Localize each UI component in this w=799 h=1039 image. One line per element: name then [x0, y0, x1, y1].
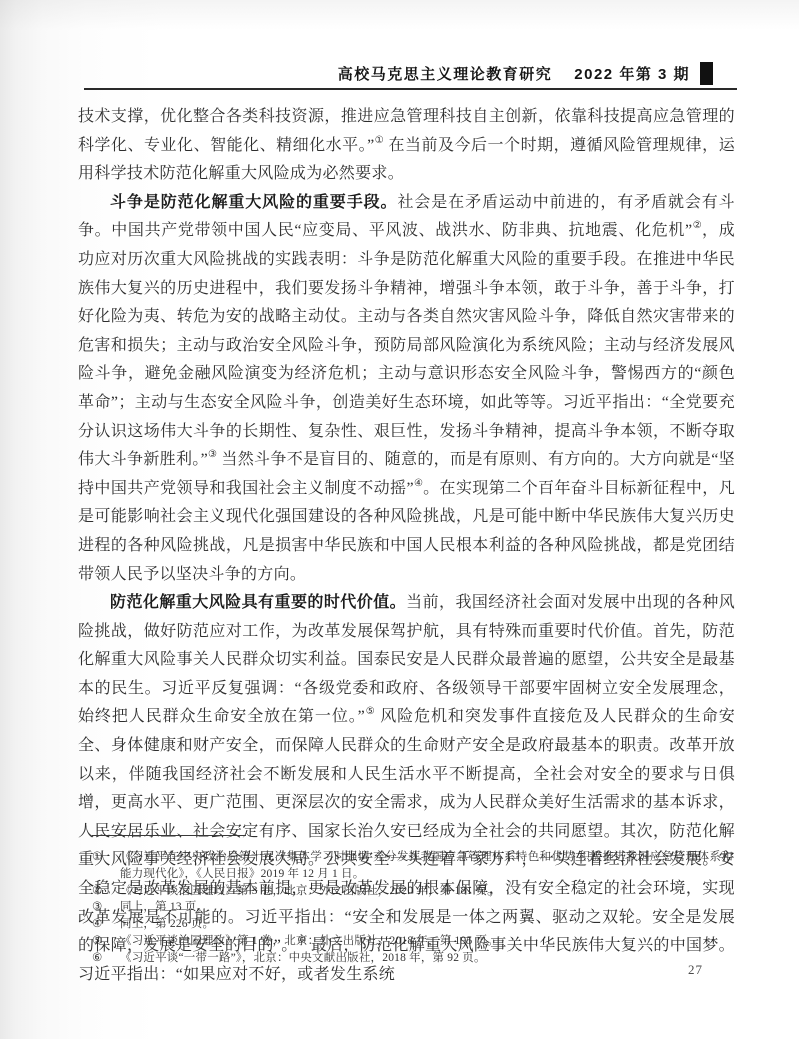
footnote-text: 《习近平谈“一带一路”》，北京：中央文献出版社，2018 年，第 92 页。: [120, 950, 733, 967]
header-block-marker: [700, 62, 713, 85]
footnote-text: 《习近平谈治国理政》第 1 卷，北京：外文出版社，2018 年，第 195 页。: [120, 933, 733, 950]
footnote-item: ①《习近平在中央政治局第十九次集体学习时强调 充分发挥我国应急管理体系特色和优势…: [92, 849, 733, 883]
footnote-item: ⑥《习近平谈“一带一路”》，北京：中央文献出版社，2018 年，第 92 页。: [92, 950, 733, 967]
paragraph-lead: 斗争是防范化解重大风险的重要手段。: [110, 194, 397, 211]
footnote-item: ③同上，第 13 页。: [92, 899, 733, 916]
footnote-marker: ⑥: [92, 950, 120, 967]
footnote-text: 《习近平谈治国理政》第 3 卷，北京：外文出版社，2020 年，第 181 页。: [120, 883, 733, 900]
journal-title: 高校马克思主义理论教育研究: [338, 63, 553, 84]
footnote-text: 同上，第 13 页。: [120, 899, 733, 916]
footnote-marker: ②: [92, 883, 120, 900]
paragraph-lead: 防范化解重大风险具有重要的时代价值。: [110, 594, 406, 611]
footnote-marker: ⑤: [92, 933, 120, 950]
footnote-text: 同上，第 226 页。: [120, 916, 733, 933]
page-number: 27: [688, 962, 703, 978]
paragraph: 斗争是防范化解重大风险的重要手段。社会是在矛盾运动中前进的，有矛盾就会有斗争。中…: [78, 189, 735, 589]
footnote-separator: [92, 835, 246, 836]
issue-info: 2022 年第 3 期: [574, 63, 690, 84]
header-rule: [84, 88, 737, 90]
footnote-ref: ⑤: [365, 706, 375, 717]
footnotes: ①《习近平在中央政治局第十九次集体学习时强调 充分发挥我国应急管理体系特色和优势…: [92, 849, 733, 967]
footnote-ref: ②: [692, 220, 702, 231]
paragraph-text: ，成功应对历次重大风险挑战的实践表明：斗争是防范化解重大风险的重要手段。在推进中…: [78, 222, 735, 468]
paragraph-text: 当前，我国经济社会面对发展中出现的各种风险挑战，做好防范应对工作，为改革发展保驾…: [78, 594, 735, 725]
footnote-text: 《习近平在中央政治局第十九次集体学习时强调 充分发挥我国应急管理体系特色和优势 …: [120, 849, 733, 883]
footnote-marker: ①: [92, 849, 120, 866]
footnote-ref: ①: [375, 135, 384, 146]
journal-page: 高校马克思主义理论教育研究 2022 年第 3 期 技术支撑，优化整合各类科技资…: [0, 0, 799, 1039]
footnote-item: ②《习近平谈治国理政》第 3 卷，北京：外文出版社，2020 年，第 181 页…: [92, 883, 733, 900]
footnote-ref: ④: [414, 478, 423, 489]
paragraph: 技术支撑，优化整合各类科技资源，推进应急管理科技自主创新，依靠科技提高应急管理的…: [78, 103, 735, 189]
footnote-item: ⑤《习近平谈治国理政》第 1 卷，北京：外文出版社，2018 年，第 195 页…: [92, 933, 733, 950]
footnote-ref: ③: [208, 449, 217, 460]
page-header: 高校马克思主义理论教育研究 2022 年第 3 期: [78, 62, 737, 85]
footnote-marker: ③: [92, 899, 120, 916]
footnote-marker: ④: [92, 916, 120, 933]
footnote-item: ④同上，第 226 页。: [92, 916, 733, 933]
